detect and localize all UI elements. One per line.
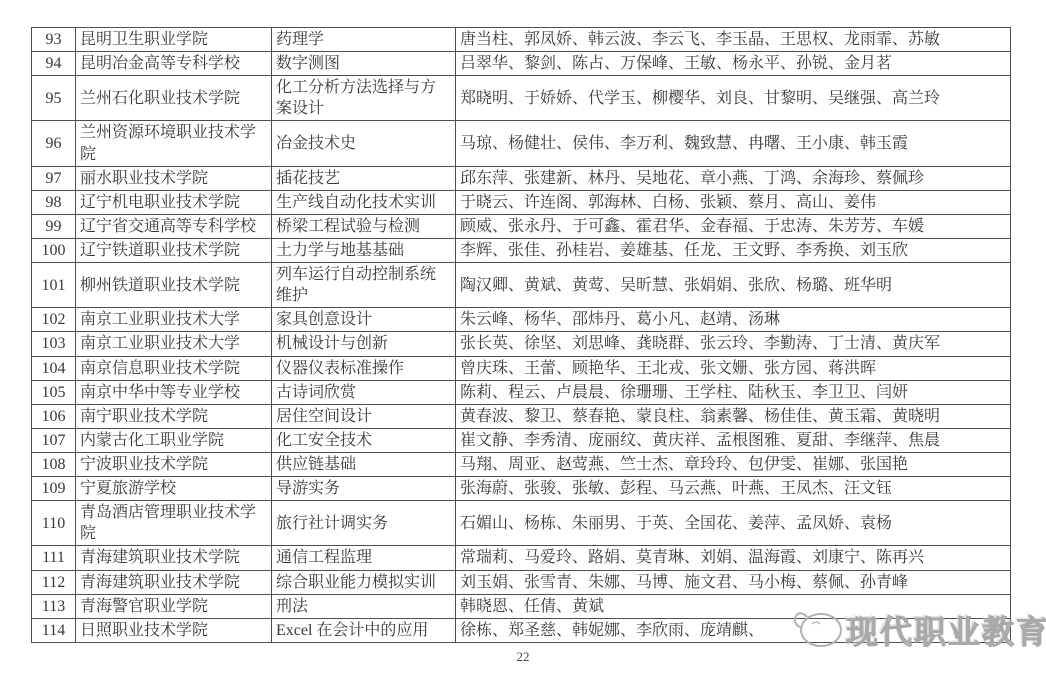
cell-teacher-names: 常瑞莉、马爱玲、路娟、莫青琳、刘娟、温海霞、刘康宁、陈再兴 <box>456 546 1011 570</box>
table-row: 107 内蒙古化工职业学院 化工安全技术 崔文静、李秀清、庞丽纹、黄庆祥、孟根图… <box>32 428 1011 452</box>
course-table-body: 93 昆明卫生职业学院 药理学 唐当柱、郭凤娇、韩云波、李云飞、李玉晶、王思权、… <box>32 28 1011 643</box>
cell-course-name: 仪器仪表标准操作 <box>272 356 456 380</box>
cell-row-number: 104 <box>32 356 76 380</box>
cell-course-name: 土力学与地基基础 <box>272 238 456 262</box>
cell-row-number: 110 <box>32 501 76 546</box>
cell-row-number: 99 <box>32 214 76 238</box>
table-row: 111 青海建筑职业技术学院 通信工程监理 常瑞莉、马爱玲、路娟、莫青琳、刘娟、… <box>32 546 1011 570</box>
cell-teacher-names: 唐当柱、郭凤娇、韩云波、李云飞、李玉晶、王思权、龙雨霏、苏敏 <box>456 28 1011 52</box>
table-row: 102 南京工业职业技术大学 家具创意设计 朱云峰、杨华、邵炜丹、葛小凡、赵靖、… <box>32 308 1011 332</box>
cell-course-name: 机械设计与创新 <box>272 332 456 356</box>
table-row: 99 辽宁省交通高等专科学校 桥梁工程试验与检测 顾威、张永丹、于可鑫、霍君华、… <box>32 214 1011 238</box>
cell-teacher-names: 吕翠华、黎剑、陈占、万保峰、王敏、杨永平、孙锐、金月茗 <box>456 52 1011 76</box>
cell-row-number: 97 <box>32 166 76 190</box>
cell-row-number: 102 <box>32 308 76 332</box>
cell-course-name: 供应链基础 <box>272 452 456 476</box>
cell-teacher-names: 于晓云、许连阁、郭海林、白杨、张颖、蔡月、高山、姜伟 <box>456 190 1011 214</box>
cell-row-number: 108 <box>32 452 76 476</box>
cell-row-number: 106 <box>32 404 76 428</box>
cell-course-name: 旅行社计调实务 <box>272 501 456 546</box>
cell-teacher-names: 马琼、杨健壮、侯伟、李万利、魏致慧、冉曙、王小康、韩玉霞 <box>456 121 1011 166</box>
cell-course-name: 列车运行自动控制系统维护 <box>272 263 456 308</box>
cell-teacher-names: 黄春波、黎卫、蔡春艳、蒙良柱、翁素馨、杨佳佳、黄玉霜、黄晓明 <box>456 404 1011 428</box>
table-row: 103 南京工业职业技术大学 机械设计与创新 张长英、徐坚、刘思峰、龚晓群、张云… <box>32 332 1011 356</box>
cell-teacher-names: 郑晓明、于娇娇、代学玉、柳樱华、刘良、甘黎明、吴继强、高兰玲 <box>456 76 1011 121</box>
cell-course-name: Excel 在会计中的应用 <box>272 618 456 642</box>
cell-row-number: 93 <box>32 28 76 52</box>
table-row: 104 南京信息职业技术学院 仪器仪表标准操作 曾庆珠、王蕾、顾艳华、王北戎、张… <box>32 356 1011 380</box>
cell-school-name: 柳州铁道职业技术学院 <box>76 263 272 308</box>
cell-school-name: 南京信息职业技术学院 <box>76 356 272 380</box>
cell-course-name: 插花技艺 <box>272 166 456 190</box>
cell-teacher-names: 曾庆珠、王蕾、顾艳华、王北戎、张文姗、张方园、蒋洪晖 <box>456 356 1011 380</box>
cell-school-name: 宁波职业技术学院 <box>76 452 272 476</box>
cell-course-name: 数字测图 <box>272 52 456 76</box>
cell-row-number: 112 <box>32 570 76 594</box>
cell-teacher-names: 朱云峰、杨华、邵炜丹、葛小凡、赵靖、汤琳 <box>456 308 1011 332</box>
cell-course-name: 居住空间设计 <box>272 404 456 428</box>
cell-row-number: 105 <box>32 380 76 404</box>
cell-school-name: 青岛酒店管理职业技术学院 <box>76 501 272 546</box>
cell-row-number: 96 <box>32 121 76 166</box>
cell-school-name: 兰州石化职业技术学院 <box>76 76 272 121</box>
cell-row-number: 113 <box>32 594 76 618</box>
cell-course-name: 刑法 <box>272 594 456 618</box>
cell-school-name: 兰州资源环境职业技术学院 <box>76 121 272 166</box>
cell-school-name: 南京工业职业技术大学 <box>76 308 272 332</box>
cell-teacher-names: 张长英、徐坚、刘思峰、龚晓群、张云玲、李勤涛、丁士清、黄庆军 <box>456 332 1011 356</box>
cell-course-name: 导游实务 <box>272 477 456 501</box>
cell-school-name: 日照职业技术学院 <box>76 618 272 642</box>
cell-school-name: 内蒙古化工职业学院 <box>76 428 272 452</box>
cell-course-name: 桥梁工程试验与检测 <box>272 214 456 238</box>
table-row: 109 宁夏旅游学校 导游实务 张海蔚、张骏、张敏、彭程、马云燕、叶燕、王凤杰、… <box>32 477 1011 501</box>
cell-school-name: 南京工业职业技术大学 <box>76 332 272 356</box>
cell-course-name: 综合职业能力模拟实训 <box>272 570 456 594</box>
table-row: 95 兰州石化职业技术学院 化工分析方法选择与方案设计 郑晓明、于娇娇、代学玉、… <box>32 76 1011 121</box>
cell-school-name: 丽水职业技术学院 <box>76 166 272 190</box>
cell-school-name: 辽宁省交通高等专科学校 <box>76 214 272 238</box>
cell-teacher-names: 邱东萍、张建新、林丹、吴地花、章小燕、丁鸿、余海珍、蔡佩珍 <box>456 166 1011 190</box>
cell-course-name: 生产线自动化技术实训 <box>272 190 456 214</box>
cell-teacher-names: 马翔、周亚、赵莺燕、竺士杰、章玲玲、包伊雯、崔娜、张国艳 <box>456 452 1011 476</box>
course-table: 93 昆明卫生职业学院 药理学 唐当柱、郭凤娇、韩云波、李云飞、李玉晶、王思权、… <box>31 27 1011 643</box>
cell-row-number: 107 <box>32 428 76 452</box>
cell-teacher-names: 韩晓恩、任倩、黄斌 <box>456 594 1011 618</box>
table-row: 96 兰州资源环境职业技术学院 冶金技术史 马琼、杨健壮、侯伟、李万利、魏致慧、… <box>32 121 1011 166</box>
cell-row-number: 100 <box>32 238 76 262</box>
cell-teacher-names: 崔文静、李秀清、庞丽纹、黄庆祥、孟根图雅、夏甜、李继萍、焦晨 <box>456 428 1011 452</box>
cell-school-name: 昆明冶金高等专科学校 <box>76 52 272 76</box>
cell-school-name: 南宁职业技术学院 <box>76 404 272 428</box>
table-row: 106 南宁职业技术学院 居住空间设计 黄春波、黎卫、蔡春艳、蒙良柱、翁素馨、杨… <box>32 404 1011 428</box>
cell-school-name: 昆明卫生职业学院 <box>76 28 272 52</box>
cell-row-number: 114 <box>32 618 76 642</box>
cell-school-name: 南京中华中等专业学校 <box>76 380 272 404</box>
table-row: 94 昆明冶金高等专科学校 数字测图 吕翠华、黎剑、陈占、万保峰、王敏、杨永平、… <box>32 52 1011 76</box>
cell-teacher-names: 李辉、张佳、孙桂岩、姜雄基、任龙、王文野、李秀换、刘玉欣 <box>456 238 1011 262</box>
cell-teacher-names: 陈莉、程云、卢晨晨、徐珊珊、王学柱、陆秋玉、李卫卫、闫妍 <box>456 380 1011 404</box>
cell-course-name: 古诗词欣赏 <box>272 380 456 404</box>
cell-row-number: 94 <box>32 52 76 76</box>
table-row: 98 辽宁机电职业技术学院 生产线自动化技术实训 于晓云、许连阁、郭海林、白杨、… <box>32 190 1011 214</box>
cell-course-name: 化工安全技术 <box>272 428 456 452</box>
cell-course-name: 通信工程监理 <box>272 546 456 570</box>
cell-row-number: 109 <box>32 477 76 501</box>
cell-course-name: 化工分析方法选择与方案设计 <box>272 76 456 121</box>
cell-teacher-names: 徐栋、郑圣慈、韩妮娜、李欣雨、庞靖麒、 <box>456 618 1011 642</box>
cell-row-number: 101 <box>32 263 76 308</box>
table-row: 114 日照职业技术学院 Excel 在会计中的应用 徐栋、郑圣慈、韩妮娜、李欣… <box>32 618 1011 642</box>
table-row: 108 宁波职业技术学院 供应链基础 马翔、周亚、赵莺燕、竺士杰、章玲玲、包伊雯… <box>32 452 1011 476</box>
table-row: 93 昆明卫生职业学院 药理学 唐当柱、郭凤娇、韩云波、李云飞、李玉晶、王思权、… <box>32 28 1011 52</box>
cell-school-name: 辽宁机电职业技术学院 <box>76 190 272 214</box>
table-row: 97 丽水职业技术学院 插花技艺 邱东萍、张建新、林丹、吴地花、章小燕、丁鸿、余… <box>32 166 1011 190</box>
cell-school-name: 宁夏旅游学校 <box>76 477 272 501</box>
cell-row-number: 103 <box>32 332 76 356</box>
page-number: 22 <box>0 649 1046 665</box>
cell-teacher-names: 张海蔚、张骏、张敏、彭程、马云燕、叶燕、王凤杰、汪文钰 <box>456 477 1011 501</box>
cell-row-number: 98 <box>32 190 76 214</box>
table-row: 112 青海建筑职业技术学院 综合职业能力模拟实训 刘玉娟、张雪青、朱娜、马博、… <box>32 570 1011 594</box>
table-row: 101 柳州铁道职业技术学院 列车运行自动控制系统维护 陶汉卿、黄斌、黄莺、吴昕… <box>32 263 1011 308</box>
table-row: 110 青岛酒店管理职业技术学院 旅行社计调实务 石媚山、杨栋、朱丽男、于英、全… <box>32 501 1011 546</box>
table-row: 113 青海警官职业学院 刑法 韩晓恩、任倩、黄斌 <box>32 594 1011 618</box>
cell-school-name: 青海建筑职业技术学院 <box>76 570 272 594</box>
cell-teacher-names: 顾威、张永丹、于可鑫、霍君华、金春福、于忠涛、朱芳芳、车媛 <box>456 214 1011 238</box>
cell-school-name: 青海警官职业学院 <box>76 594 272 618</box>
cell-teacher-names: 石媚山、杨栋、朱丽男、于英、全国花、姜萍、孟凤娇、袁杨 <box>456 501 1011 546</box>
cell-teacher-names: 刘玉娟、张雪青、朱娜、马博、施文君、马小梅、蔡佩、孙青峰 <box>456 570 1011 594</box>
cell-course-name: 家具创意设计 <box>272 308 456 332</box>
cell-row-number: 111 <box>32 546 76 570</box>
table-row: 100 辽宁铁道职业技术学院 土力学与地基基础 李辉、张佳、孙桂岩、姜雄基、任龙… <box>32 238 1011 262</box>
cell-course-name: 冶金技术史 <box>272 121 456 166</box>
cell-course-name: 药理学 <box>272 28 456 52</box>
document-page: 93 昆明卫生职业学院 药理学 唐当柱、郭凤娇、韩云波、李云飞、李玉晶、王思权、… <box>0 0 1046 676</box>
table-row: 105 南京中华中等专业学校 古诗词欣赏 陈莉、程云、卢晨晨、徐珊珊、王学柱、陆… <box>32 380 1011 404</box>
cell-row-number: 95 <box>32 76 76 121</box>
cell-school-name: 辽宁铁道职业技术学院 <box>76 238 272 262</box>
cell-school-name: 青海建筑职业技术学院 <box>76 546 272 570</box>
cell-teacher-names: 陶汉卿、黄斌、黄莺、吴昕慧、张娟娟、张欣、杨璐、班华明 <box>456 263 1011 308</box>
